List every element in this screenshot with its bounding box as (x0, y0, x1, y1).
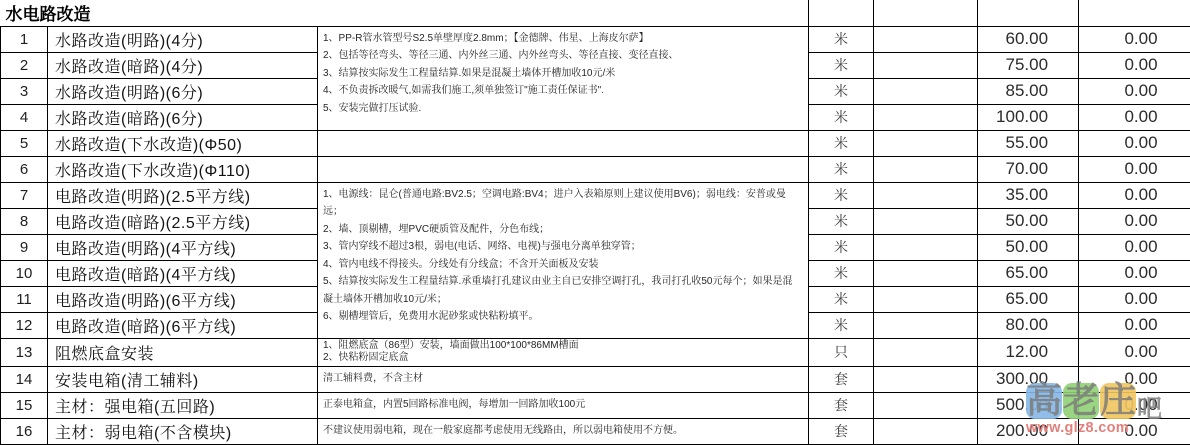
unit-cell[interactable]: 米 (809, 234, 874, 260)
price-header-cell[interactable] (978, 0, 1079, 26)
unit-cell[interactable]: 套 (809, 418, 874, 444)
unit-cell[interactable]: 米 (809, 182, 874, 208)
qty-cell[interactable] (874, 366, 978, 392)
price-cell[interactable]: 80.00 (978, 312, 1079, 338)
unit-cell[interactable]: 米 (809, 130, 874, 156)
row-number-cell[interactable]: 8 (1, 208, 48, 234)
price-cell[interactable]: 85.00 (978, 78, 1079, 104)
item-cell[interactable]: 阻燃底盒安装 (48, 338, 318, 366)
price-cell[interactable]: 65.00 (978, 286, 1079, 312)
item-cell[interactable]: 水路改造(明路)(4分) (48, 26, 318, 52)
item-cell[interactable]: 电路改造(暗路)(4平方线) (48, 260, 318, 286)
amount-cell[interactable]: 0.00 (1079, 130, 1190, 156)
qty-cell[interactable] (874, 260, 978, 286)
price-cell[interactable]: 200.00 (978, 418, 1079, 444)
table-row: 16 主材：弱电箱(不含模块) 不建议使用弱电箱，现在一般家庭都考虑使用无线路由… (1, 418, 1190, 444)
item-cell[interactable]: 电路改造(暗路)(2.5平方线) (48, 208, 318, 234)
amount-cell[interactable]: 0.00 (1079, 52, 1190, 78)
amount-cell[interactable]: 0.00 (1079, 418, 1190, 444)
amount-cell[interactable]: 0.00 (1079, 78, 1190, 104)
table-row: 15 主材：强电箱(五回路) 正泰电箱盒，内置5回路标准电阀，每增加一回路加收1… (1, 392, 1190, 418)
row-number-cell[interactable]: 3 (1, 78, 48, 104)
amount-cell[interactable]: 0.00 (1079, 338, 1190, 366)
qty-cell[interactable] (874, 392, 978, 418)
qty-cell[interactable] (874, 130, 978, 156)
item-cell[interactable]: 安装电箱(清工辅料) (48, 366, 318, 392)
price-cell[interactable]: 50.00 (978, 208, 1079, 234)
table-row: 6 水路改造(下水改造)(Φ110) 米 70.00 0.00 (1, 156, 1190, 182)
row-number-cell[interactable]: 16 (1, 418, 48, 444)
amount-cell[interactable]: 0.00 (1079, 392, 1190, 418)
qty-cell[interactable] (874, 104, 978, 130)
price-cell[interactable]: 50.00 (978, 234, 1079, 260)
amount-cell[interactable]: 0.00 (1079, 26, 1190, 52)
amount-cell[interactable]: 0.00 (1079, 312, 1190, 338)
table-row: 14 安装电箱(清工辅料) 清工辅料费，不含主材 套 300.00 0.00 (1, 366, 1190, 392)
row-number-cell[interactable]: 6 (1, 156, 48, 182)
qty-cell[interactable] (874, 182, 978, 208)
item-cell[interactable]: 电路改造(明路)(6平方线) (48, 286, 318, 312)
table-row: 1 水路改造(明路)(4分) 1、PP-R管水管型号S2.5单壁厚度2.8mm；… (1, 26, 1190, 52)
qty-cell[interactable] (874, 338, 978, 366)
amount-cell[interactable]: 0.00 (1079, 286, 1190, 312)
amount-cell[interactable]: 0.00 (1079, 156, 1190, 182)
desc-cell-water[interactable]: 1、PP-R管水管型号S2.5单壁厚度2.8mm；【金德牌、伟星、上海皮尔萨】 … (318, 26, 809, 130)
item-cell[interactable]: 水路改造(暗路)(4分) (48, 52, 318, 78)
desc-cell[interactable]: 1、阻燃底盒（86型）安装，墙面做出100*100*86MM槽面 2、快粘粉固定… (318, 338, 809, 366)
price-cell[interactable]: 100.00 (978, 104, 1079, 130)
price-cell[interactable]: 500.00 (978, 392, 1079, 418)
amount-cell[interactable]: 0.00 (1079, 234, 1190, 260)
item-cell[interactable]: 电路改造(明路)(2.5平方线) (48, 182, 318, 208)
row-number-cell[interactable]: 13 (1, 338, 48, 366)
qty-cell[interactable] (874, 78, 978, 104)
sheet-title: 水电路改造 (1, 0, 809, 26)
qty-cell[interactable] (874, 208, 978, 234)
item-cell[interactable]: 水路改造(下水改造)(Φ110) (48, 156, 318, 182)
desc-cell[interactable]: 正泰电箱盒，内置5回路标准电阀，每增加一回路加收100元 (318, 392, 809, 418)
qty-cell[interactable] (874, 234, 978, 260)
unit-cell[interactable]: 米 (809, 156, 874, 182)
amount-cell[interactable]: 0.00 (1079, 208, 1190, 234)
item-cell[interactable]: 主材：强电箱(五回路) (48, 392, 318, 418)
unit-cell[interactable]: 米 (809, 26, 874, 52)
qty-cell[interactable] (874, 52, 978, 78)
price-cell[interactable]: 75.00 (978, 52, 1079, 78)
row-number-cell[interactable]: 12 (1, 312, 48, 338)
unit-cell[interactable]: 套 (809, 392, 874, 418)
unit-cell[interactable]: 米 (809, 104, 874, 130)
row-number-cell[interactable]: 1 (1, 26, 48, 52)
item-cell[interactable]: 水路改造(下水改造)(Φ50) (48, 130, 318, 156)
price-cell[interactable]: 60.00 (978, 26, 1079, 52)
row-number-cell[interactable]: 2 (1, 52, 48, 78)
qty-cell[interactable] (874, 286, 978, 312)
desc-cell[interactable]: 清工辅料费，不含主材 (318, 366, 809, 392)
unit-cell[interactable]: 只 (809, 338, 874, 366)
desc-cell-empty[interactable] (318, 156, 809, 182)
amount-header-cell[interactable] (1079, 0, 1190, 26)
row-number-cell[interactable]: 10 (1, 260, 48, 286)
qty-cell[interactable] (874, 418, 978, 444)
row-number-cell[interactable]: 11 (1, 286, 48, 312)
qty-cell[interactable] (874, 312, 978, 338)
qty-cell[interactable] (874, 156, 978, 182)
desc-cell-electric[interactable]: 1、电源线：昆仑(普通电路:BV2.5；空调电路:BV4；进户入表箱原则上建议使… (318, 182, 809, 338)
price-cell[interactable]: 35.00 (978, 182, 1079, 208)
unit-cell[interactable]: 米 (809, 260, 874, 286)
unit-cell[interactable]: 套 (809, 366, 874, 392)
amount-cell[interactable]: 0.00 (1079, 104, 1190, 130)
price-cell[interactable]: 12.00 (978, 338, 1079, 366)
item-cell[interactable]: 电路改造(暗路)(6平方线) (48, 312, 318, 338)
item-cell[interactable]: 主材：弱电箱(不含模块) (48, 418, 318, 444)
desc-cell[interactable]: 不建议使用弱电箱，现在一般家庭都考虑使用无线路由，所以弱电箱使用不方便。 (318, 418, 809, 444)
item-cell[interactable]: 电路改造(明路)(4平方线) (48, 234, 318, 260)
row-number-cell[interactable]: 7 (1, 182, 48, 208)
unit-cell[interactable]: 米 (809, 312, 874, 338)
row-number-cell[interactable]: 14 (1, 366, 48, 392)
qty-header-cell[interactable] (874, 0, 978, 26)
row-number-cell[interactable]: 4 (1, 104, 48, 130)
quote-table: 水电路改造 1 水路改造(明路)(4分) 1、PP-R管水管型号S2.5单壁厚度… (0, 0, 1190, 445)
price-cell[interactable]: 300.00 (978, 366, 1079, 392)
price-cell[interactable]: 70.00 (978, 156, 1079, 182)
item-cell[interactable]: 水路改造(暗路)(6分) (48, 104, 318, 130)
qty-cell[interactable] (874, 26, 978, 52)
table-row: 5 水路改造(下水改造)(Φ50) 米 55.00 0.00 (1, 130, 1190, 156)
unit-header-cell[interactable] (809, 0, 874, 26)
unit-cell[interactable]: 米 (809, 78, 874, 104)
row-number-cell[interactable]: 15 (1, 392, 48, 418)
unit-cell[interactable]: 米 (809, 52, 874, 78)
table-row: 13 阻燃底盒安装 1、阻燃底盒（86型）安装，墙面做出100*100*86MM… (1, 338, 1190, 366)
unit-cell[interactable]: 米 (809, 286, 874, 312)
table-row: 7 电路改造(明路)(2.5平方线) 1、电源线：昆仑(普通电路:BV2.5；空… (1, 182, 1190, 208)
price-cell[interactable]: 55.00 (978, 130, 1079, 156)
price-cell[interactable]: 65.00 (978, 260, 1079, 286)
desc-cell-empty[interactable] (318, 130, 809, 156)
amount-cell[interactable]: 0.00 (1079, 260, 1190, 286)
item-cell[interactable]: 水路改造(明路)(6分) (48, 78, 318, 104)
amount-cell[interactable]: 0.00 (1079, 366, 1190, 392)
row-number-cell[interactable]: 9 (1, 234, 48, 260)
unit-cell[interactable]: 米 (809, 208, 874, 234)
row-number-cell[interactable]: 5 (1, 130, 48, 156)
amount-cell[interactable]: 0.00 (1079, 182, 1190, 208)
